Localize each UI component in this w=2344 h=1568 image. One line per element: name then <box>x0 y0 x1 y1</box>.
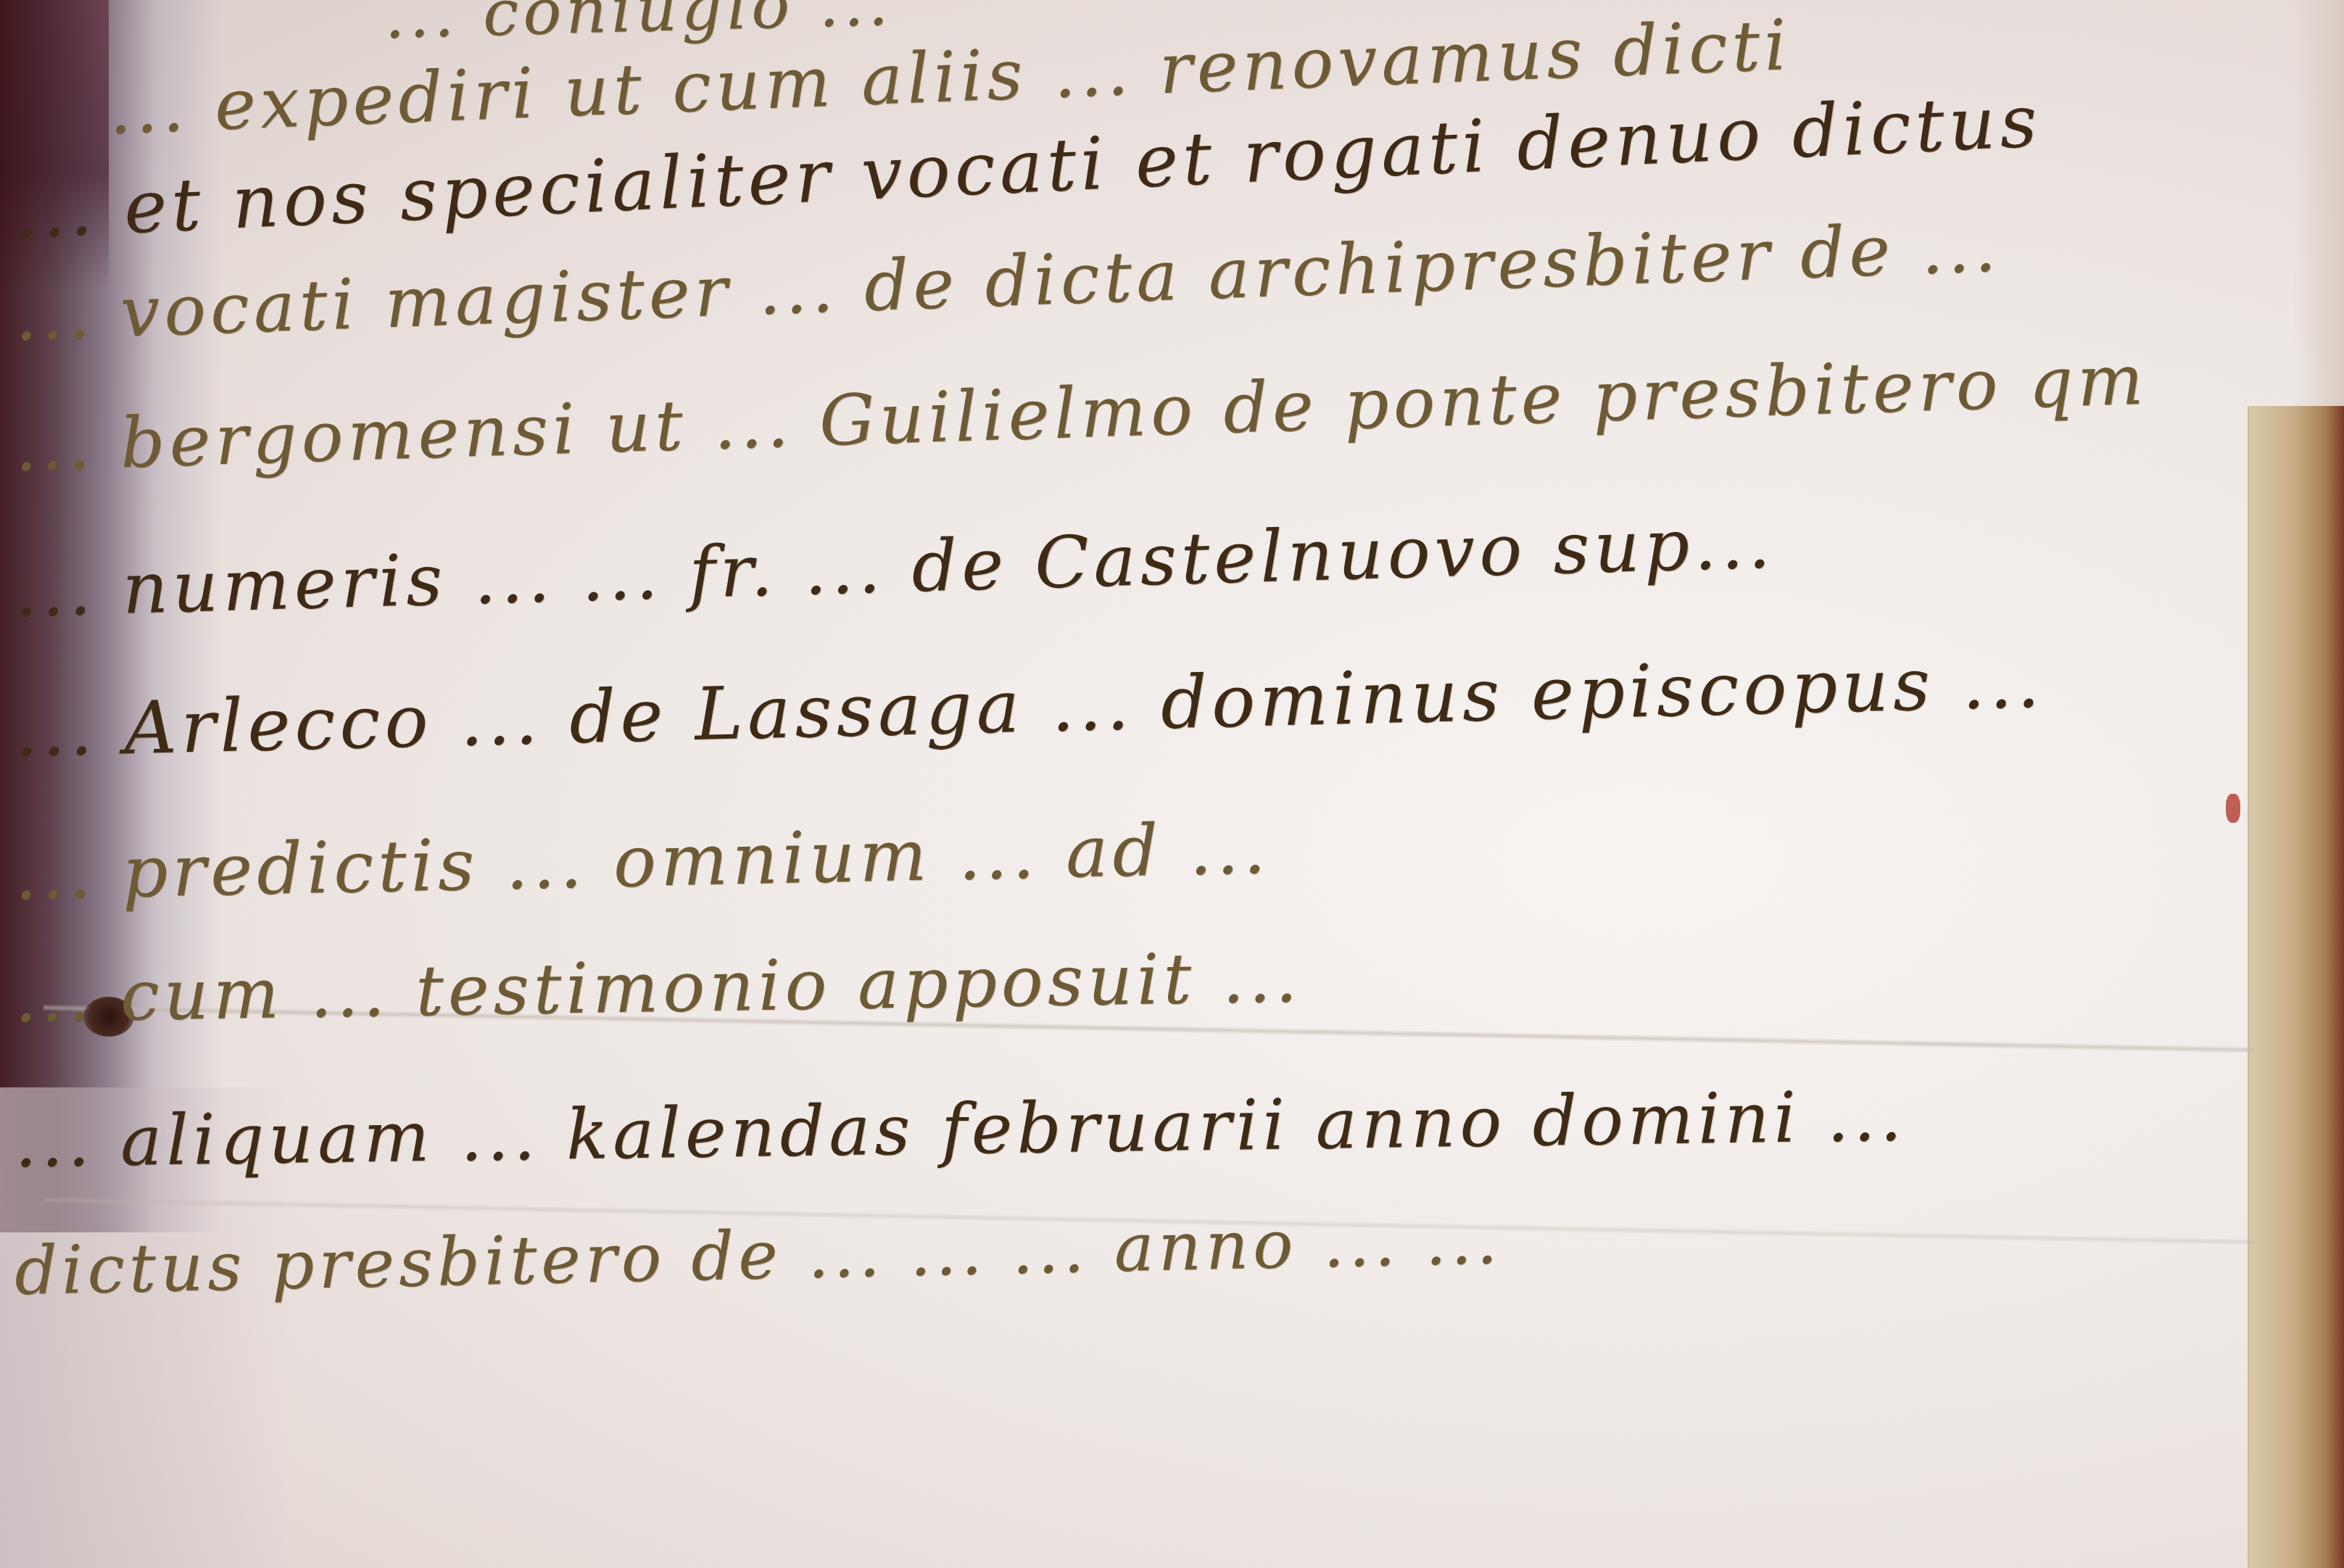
text-line: dictus presbitero de ... ... ... anno ..… <box>14 1201 1502 1310</box>
text-line: ... cum ... testimonio apposuit ... <box>14 937 1302 1038</box>
text-line: ... Arlecco ... de Lassaga ... dominus e… <box>14 639 2045 773</box>
text-line: ... numeris ... ... fr. ... de Castelnuo… <box>13 502 1776 634</box>
manuscript-photo: ... coniugio ... ... expediri ut cum ali… <box>0 0 2344 1568</box>
manuscript-text: ... coniugio ... ... expediri ut cum ali… <box>0 0 2344 1568</box>
text-line: ... aliquam ... kalendas februarii anno … <box>14 1076 1907 1183</box>
text-line: ... bergomensi ut ... Guilielmo de ponte… <box>13 339 2149 487</box>
text-line: ... predictis ... omnium ... ad ... <box>14 808 1271 916</box>
